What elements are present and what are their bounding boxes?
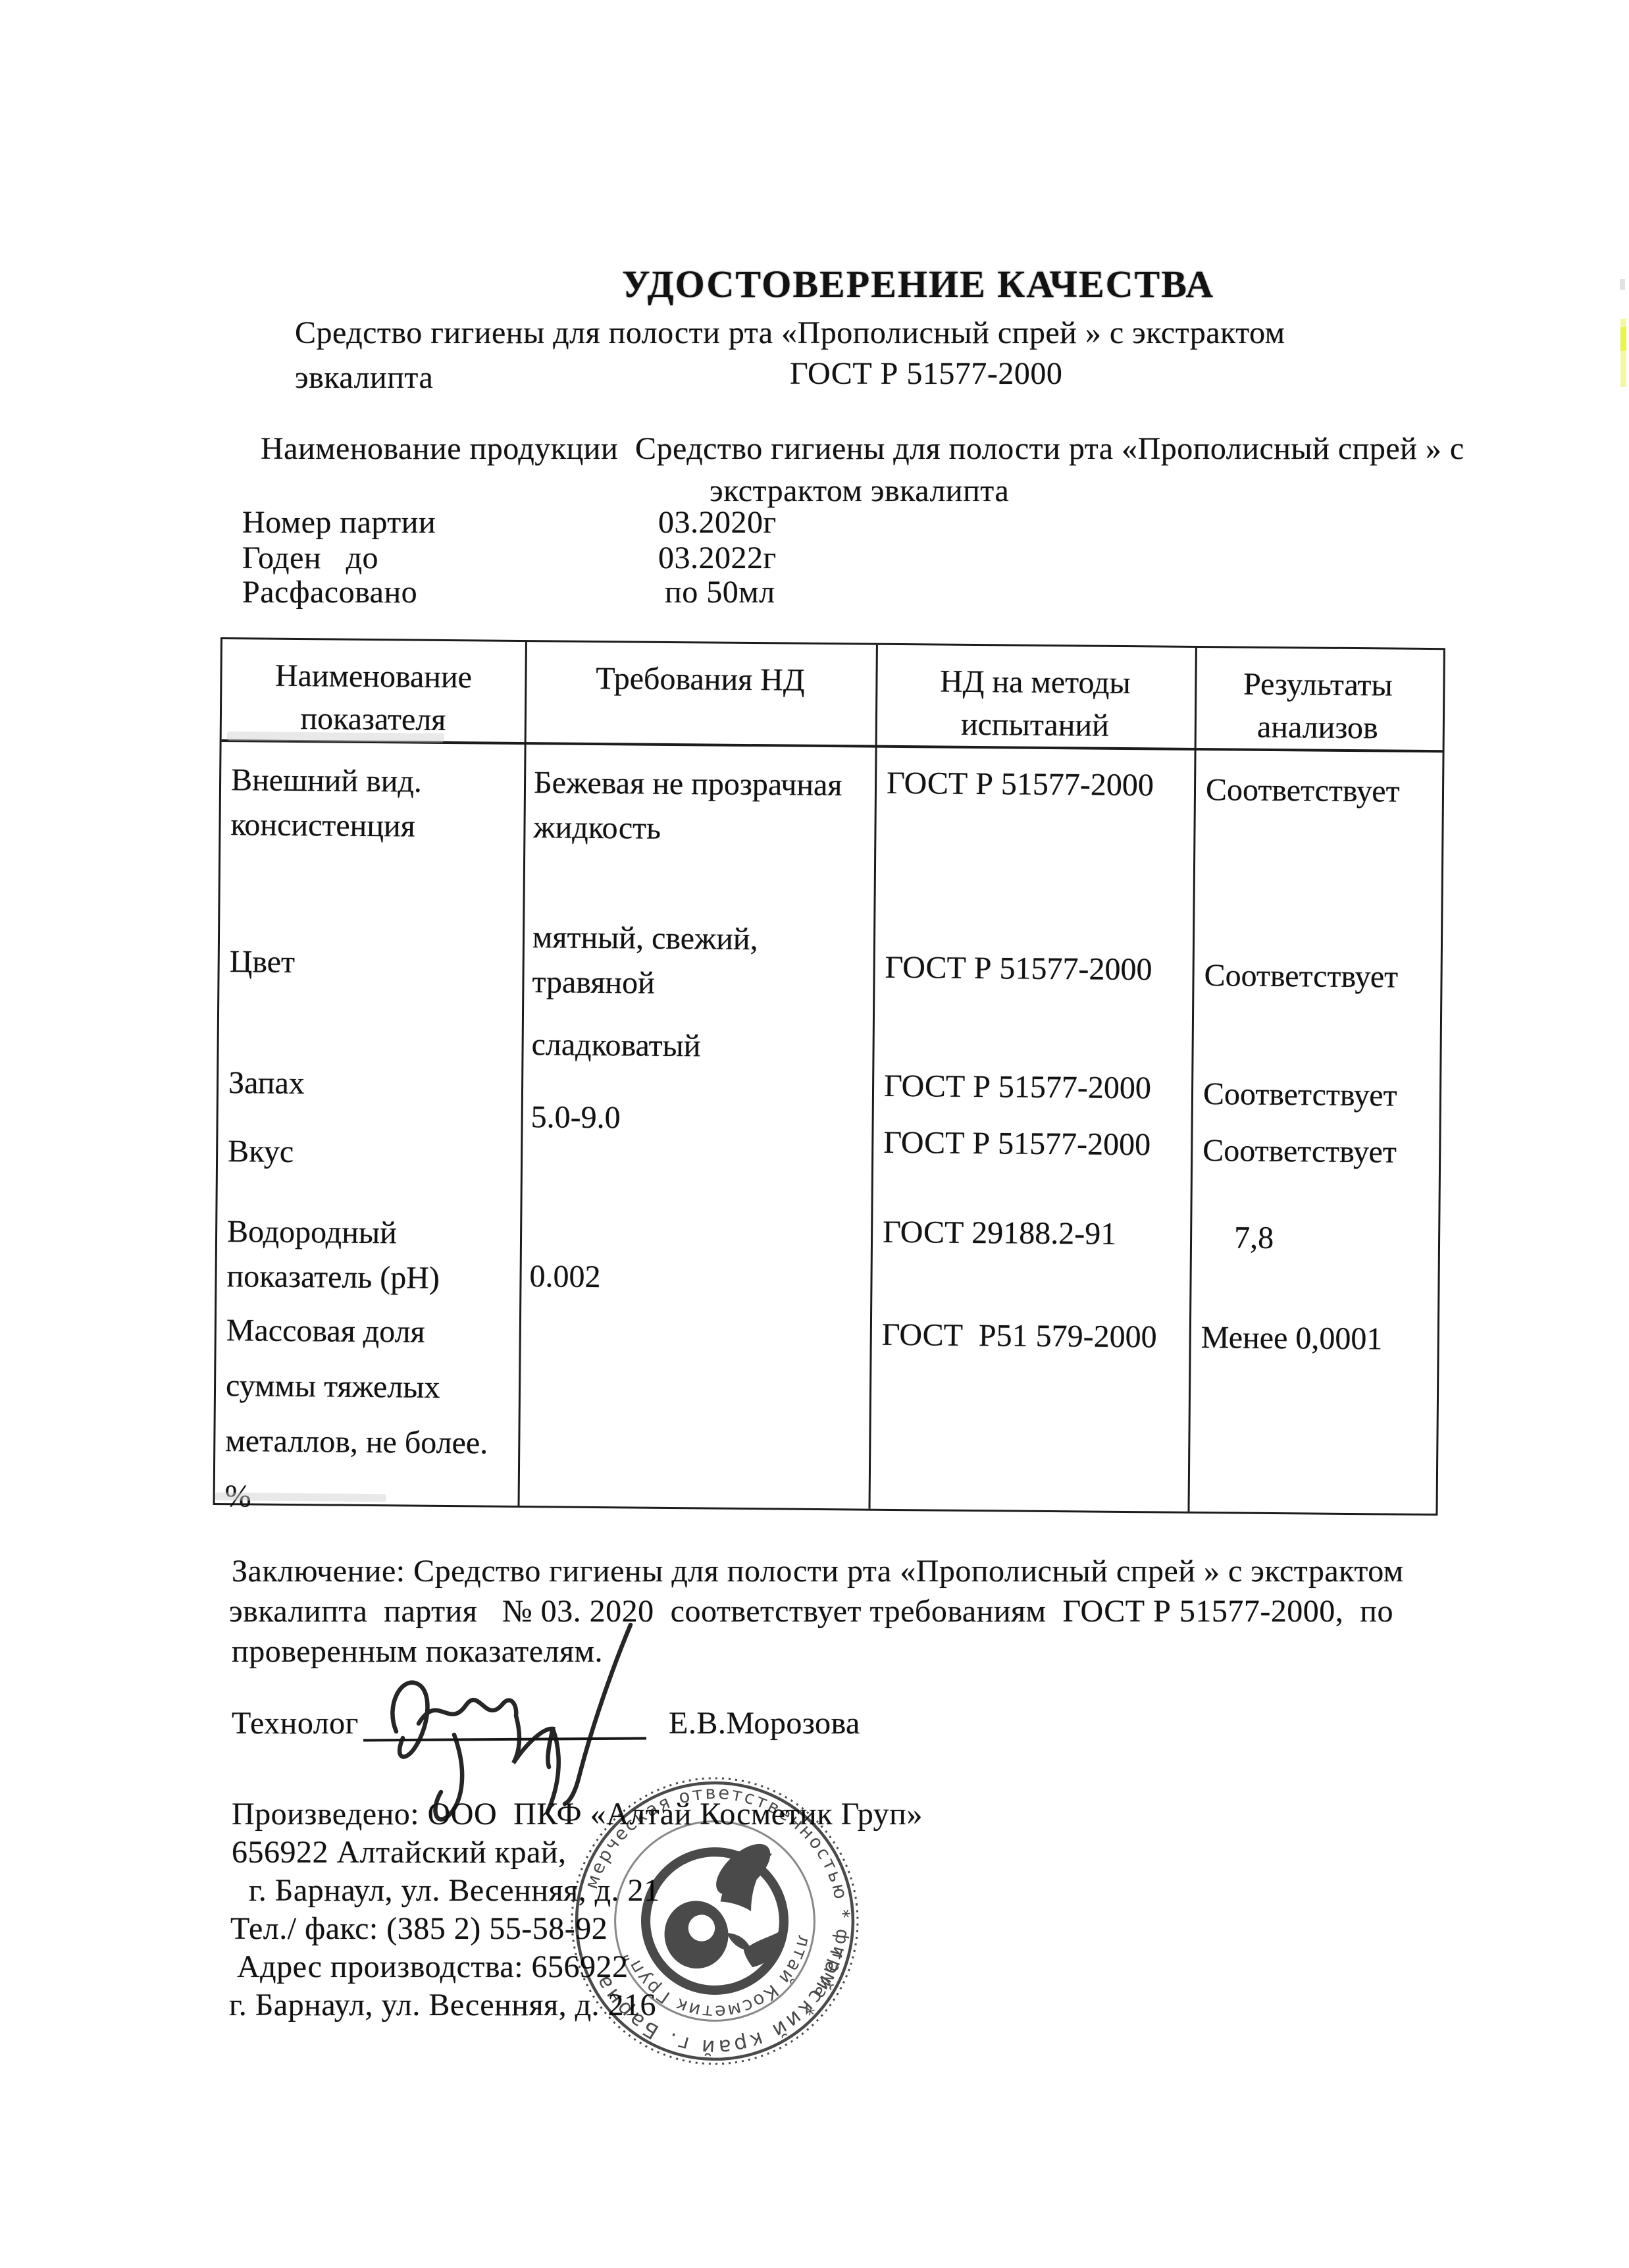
requirement-color: мятный, свежий, травяной: [532, 915, 758, 1007]
indicator-appearance: Внешний вид. консистенция: [230, 758, 422, 849]
edge-highlight-mark-bright: [1620, 327, 1626, 351]
result-taste: Соответствует: [1202, 1128, 1397, 1175]
method-heavy-metals: ГОСТ Р51 579-2000: [881, 1313, 1156, 1360]
product-name-label: Наименование продукции: [261, 427, 618, 471]
quality-table: Наименование показателя Требования НД НД…: [213, 637, 1445, 1516]
conclusion-line-1: Заключение: Средство гигиены для полости…: [232, 1551, 1404, 1591]
signature-role-label: Технолог: [232, 1701, 359, 1746]
table-column-divider-2: [868, 645, 877, 1509]
table-header-results: Результаты анализов: [1195, 662, 1441, 750]
requirement-ph-range: 5.0-9.0: [530, 1095, 621, 1140]
indicator-ph: Водородный показатель (рН): [226, 1209, 440, 1301]
result-color: Соответствует: [1204, 953, 1398, 1000]
table-column-divider-1: [518, 642, 527, 1506]
product-name-value: Средство гигиены для полости рта «Пропол…: [635, 427, 1464, 471]
result-heavy-metals: Менее 0,0001: [1201, 1315, 1382, 1361]
result-ph: 7,8: [1234, 1215, 1274, 1261]
method-ph: ГОСТ 29188.2-91: [883, 1210, 1117, 1257]
table-column-divider-3: [1187, 648, 1197, 1512]
subtitle-gost: ГОСТ Р 51577-2000: [790, 352, 1062, 396]
edge-scan-dot: [1620, 279, 1625, 290]
table-header-indicator: Наименование показателя: [222, 654, 525, 742]
table-header-requirements: Требования НД: [525, 656, 876, 702]
scanned-quality-certificate: УДОСТОВЕРЕНИЕ КАЧЕСТВА Средство гигиены …: [0, 0, 1629, 2268]
method-odor: ГОСТ Р 51577-2000: [884, 1064, 1151, 1111]
scan-smudge: [227, 731, 444, 743]
method-appearance: ГОСТ Р 51577-2000: [887, 761, 1154, 808]
requirement-metals-limit: 0.002: [529, 1254, 601, 1300]
company-stamp: мерческая ответственностью * фирма * Алт…: [569, 1775, 861, 2067]
document-title: УДОСТОВЕРЕНИЕ КАЧЕСТВА: [622, 262, 1214, 307]
table-header-methods: НД на методы испытаний: [875, 660, 1195, 748]
result-appearance: Соответствует: [1206, 768, 1400, 814]
indicator-taste: Вкус: [228, 1129, 294, 1174]
indicator-odor: Запах: [228, 1061, 305, 1106]
indicator-color: Цвет: [229, 939, 295, 985]
result-odor: Соответствует: [1203, 1072, 1397, 1119]
requirement-odor: сладковатый: [531, 1022, 700, 1068]
scan-smudge: [215, 1492, 386, 1502]
requirement-appearance: Бежевая не прозрачная жидкость: [533, 760, 842, 853]
packed-value: по 50мл: [665, 570, 775, 615]
packed-label: Расфасовано: [242, 570, 417, 615]
method-taste: ГОСТ Р 51577-2000: [883, 1121, 1151, 1168]
method-color: ГОСТ Р 51577-2000: [885, 945, 1152, 993]
